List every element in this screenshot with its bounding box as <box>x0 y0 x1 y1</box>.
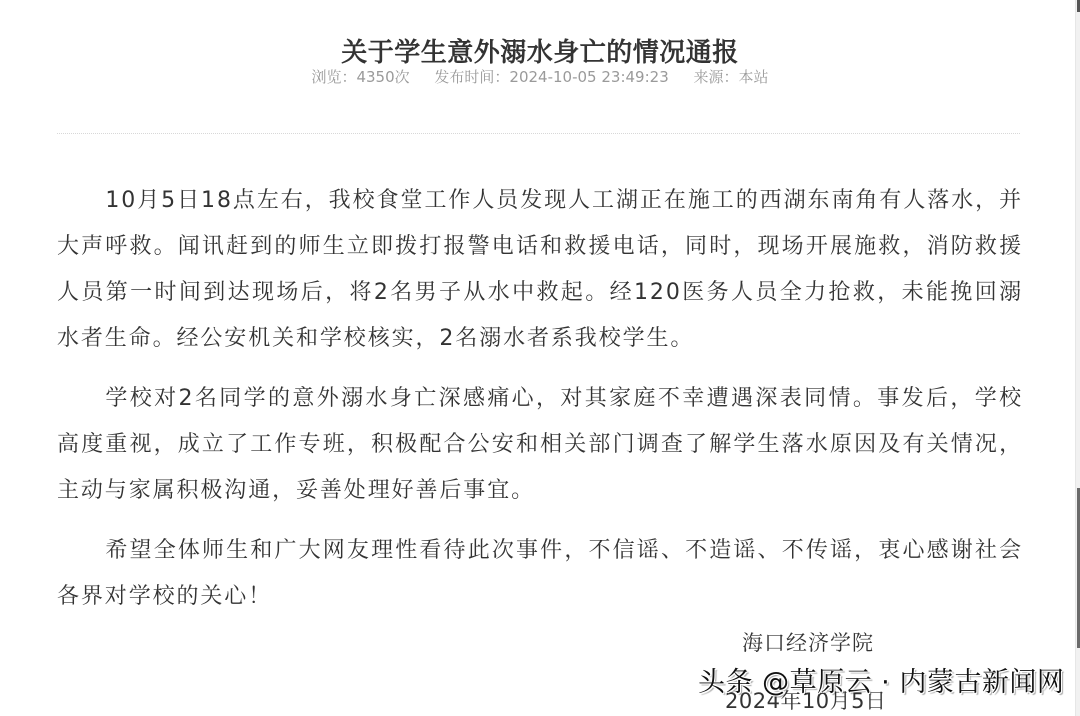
article-source: 来源：本站 <box>694 68 769 86</box>
publish-time: 发布时间：2024-10-05 23:49:23 <box>434 68 668 86</box>
view-count: 浏览：4350次 <box>311 68 409 86</box>
article-page: 关于学生意外溺水身亡的情况通报 浏览：4350次 发布时间：2024-10-05… <box>0 0 1076 716</box>
paragraph-incident: 10月5日18点左右，我校食堂工作人员发现人工湖正在施工的西湖东南角有人落水，并… <box>57 178 1023 362</box>
paragraph-appeal: 希望全体师生和广大网友理性看待此次事件，不信谣、不造谣、不传谣，衷心感谢社会各界… <box>57 528 1023 620</box>
article-meta: 浏览：4350次 发布时间：2024-10-05 23:49:23 来源：本站 <box>0 64 1080 90</box>
source-watermark: 头条 @草原云 · 内蒙古新闻网 <box>698 665 1064 701</box>
signature-institution: 海口经济学院 <box>742 628 874 658</box>
article-body: 10月5日18点左右，我校食堂工作人员发现人工湖正在施工的西湖东南角有人落水，并… <box>57 178 1023 634</box>
title-divider <box>57 133 1020 134</box>
paragraph-response: 学校对2名同学的意外溺水身亡深感痛心，对其家庭不幸遭遇深表同情。事发后，学校高度… <box>57 376 1023 514</box>
